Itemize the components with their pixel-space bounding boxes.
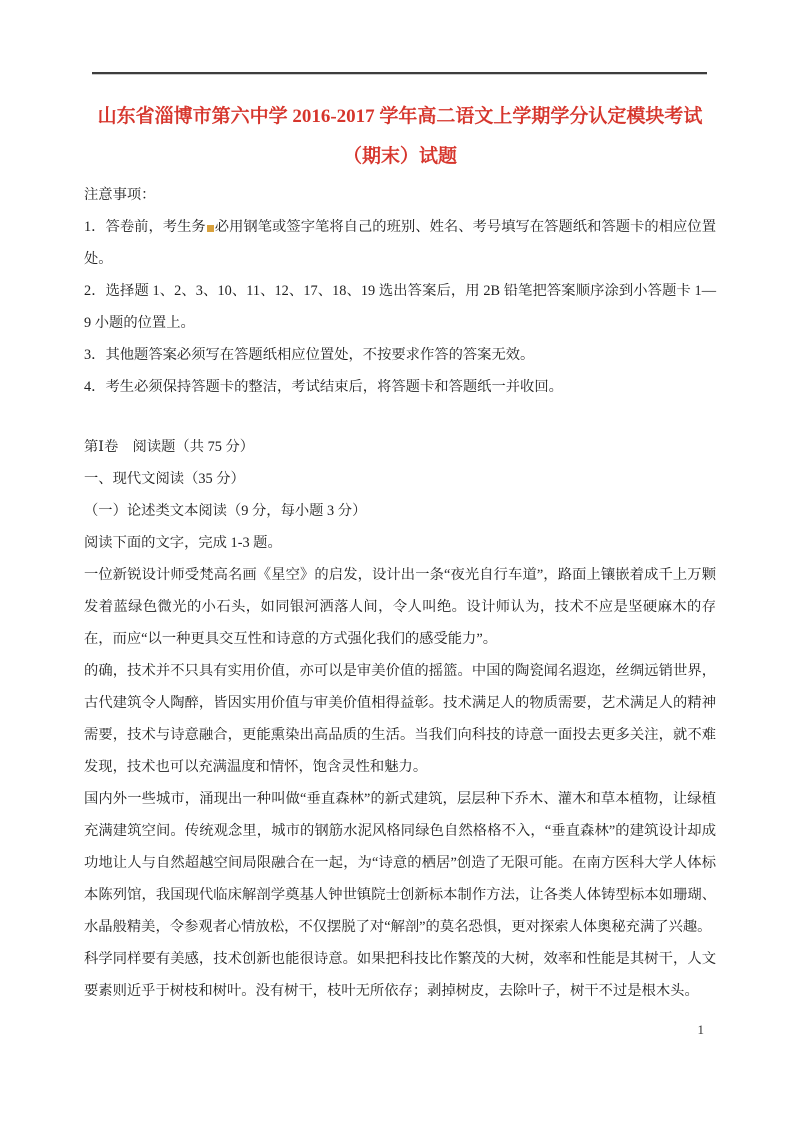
notice-item-1: 1．答卷前，考生务必用钢笔或签字笔将自己的班别、姓名、考号填写在答题纸和答题卡的… <box>84 211 716 275</box>
part-heading: 第Ⅰ卷 阅读题（共 75 分） <box>84 431 716 463</box>
document-title-line1: 山东省淄博市第六中学 2016-2017 学年高二语文上学期学分认定模块考试 <box>84 97 716 137</box>
section-heading: 一、现代文阅读（35 分） <box>84 463 716 495</box>
notice-item-3: 3．其他题答案必须写在答题纸相应位置处，不按要求作答的答案无效。 <box>84 339 716 371</box>
reading-instruction: 阅读下面的文字，完成 1-3 题。 <box>84 527 716 559</box>
subsection-heading: （一）论述类文本阅读（9 分，每小题 3 分） <box>84 495 716 527</box>
page-number: 1 <box>84 1015 716 1045</box>
notice-item-1-text-before: 1．答卷前，考生务 <box>84 219 206 235</box>
document-title-line2: （期末）试题 <box>84 137 716 177</box>
header-rule <box>92 72 707 75</box>
passage-paragraph-2: 的确，技术并不只具有实用价值，亦可以是审美价值的摇篮。中国的陶瓷闻名遐迩，丝绸远… <box>84 655 716 783</box>
passage-paragraph-1: 一位新锐设计师受梵高名画《星空》的启发，设计出一条“夜光自行车道”，路面上镶嵌着… <box>84 559 716 655</box>
passage-paragraph-3: 国内外一些城市，涌现出一种叫做“垂直森林”的新式建筑，层层种下乔木、灌木和草本植… <box>84 783 716 943</box>
document-title: 山东省淄博市第六中学 2016-2017 学年高二语文上学期学分认定模块考试 （… <box>84 97 716 177</box>
notice-item-4: 4．考生必须保持答题卡的整洁，考试结束后，将答题卡和答题纸一并收回。 <box>84 371 716 403</box>
notice-item-2: 2．选择题 1、2、3、10、11、12、17、18、19 选出答案后，用 2B… <box>84 275 716 339</box>
section-spacer <box>84 403 716 431</box>
document-body: 注意事项： 1．答卷前，考生务必用钢笔或签字笔将自己的班别、姓名、考号填写在答题… <box>84 179 716 1007</box>
passage-paragraph-4: 科学同样要有美感，技术创新也能很诗意。如果把科技比作繁茂的大树，效率和性能是其树… <box>84 943 716 1007</box>
highlight-mark <box>207 225 214 232</box>
document-page: 山东省淄博市第六中学 2016-2017 学年高二语文上学期学分认定模块考试 （… <box>0 0 800 1132</box>
notice-heading: 注意事项： <box>84 179 716 211</box>
